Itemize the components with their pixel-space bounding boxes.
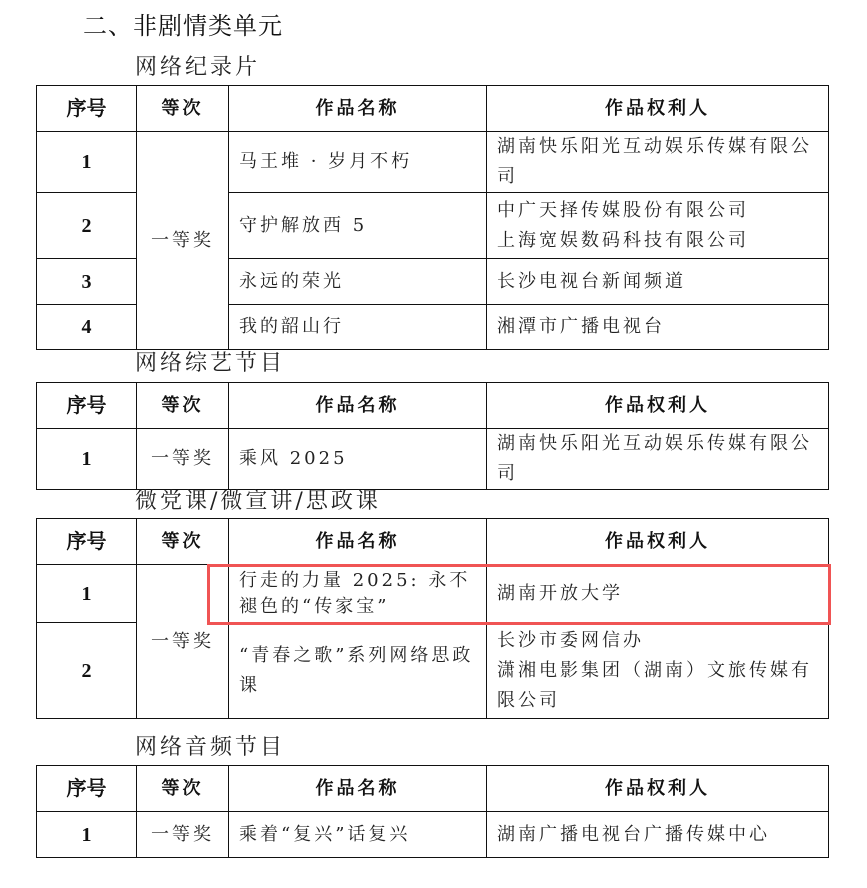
header-grade: 等次 <box>137 519 229 565</box>
owner-line: 湖南开放大学 <box>497 579 818 609</box>
header-no: 序号 <box>37 766 137 812</box>
header-title: 作品名称 <box>229 383 487 429</box>
row-owner: 湖南快乐阳光互动娱乐传媒有限公司 <box>487 429 829 490</box>
table-row: 1 一等奖 马王堆 · 岁月不朽 湖南快乐阳光互动娱乐传媒有限公司 <box>37 132 829 193</box>
owner-line: 长沙市委网信办 <box>497 626 818 656</box>
header-grade: 等次 <box>137 383 229 429</box>
table-row-highlighted: 1 一等奖 行走的力量 2025: 永不褪色的“传家宝” 湖南开放大学 <box>37 565 829 623</box>
table-variety: 序号 等次 作品名称 作品权利人 1 一等奖 乘风 2025 湖南快乐阳光互动娱… <box>36 382 829 490</box>
table-documentary: 序号 等次 作品名称 作品权利人 1 一等奖 马王堆 · 岁月不朽 湖南快乐阳光… <box>36 85 829 350</box>
row-no: 1 <box>37 812 137 858</box>
row-owner: 湖南广播电视台广播传媒中心 <box>487 812 829 858</box>
row-grade: 一等奖 <box>137 565 229 719</box>
owner-line: 湘潭市广播电视台 <box>497 312 818 342</box>
row-grade: 一等奖 <box>137 429 229 490</box>
owner-line: 潇湘电影集团（湖南）文旅传媒有限公司 <box>497 656 818 716</box>
row-owner: 湘潭市广播电视台 <box>487 305 829 350</box>
row-no: 1 <box>37 132 137 193</box>
header-owner: 作品权利人 <box>487 766 829 812</box>
category-title-audio: 网络音频节目 <box>135 730 285 761</box>
row-no: 3 <box>37 259 137 305</box>
owner-line: 上海宽娱数码科技有限公司 <box>497 226 818 256</box>
owner-line: 中广天择传媒股份有限公司 <box>497 196 818 226</box>
header-title: 作品名称 <box>229 766 487 812</box>
row-no: 2 <box>37 193 137 259</box>
header-owner: 作品权利人 <box>487 86 829 132</box>
owner-line: 湖南快乐阳光互动娱乐传媒有限公司 <box>497 132 818 192</box>
row-title: 乘着“复兴”话复兴 <box>229 812 487 858</box>
header-no: 序号 <box>37 519 137 565</box>
row-no: 1 <box>37 565 137 623</box>
category-title-micro-lecture: 微党课/微宣讲/思政课 <box>135 484 381 515</box>
row-title: 守护解放西 5 <box>229 193 487 259</box>
header-grade: 等次 <box>137 766 229 812</box>
table-audio: 序号 等次 作品名称 作品权利人 1 一等奖 乘着“复兴”话复兴 湖南广播电视台… <box>36 765 829 858</box>
header-owner: 作品权利人 <box>487 519 829 565</box>
header-no: 序号 <box>37 383 137 429</box>
owner-line: 湖南快乐阳光互动娱乐传媒有限公司 <box>497 429 818 489</box>
row-owner: 长沙电视台新闻频道 <box>487 259 829 305</box>
row-no: 2 <box>37 623 137 719</box>
row-no: 1 <box>37 429 137 490</box>
header-grade: 等次 <box>137 86 229 132</box>
table-header-row: 序号 等次 作品名称 作品权利人 <box>37 383 829 429</box>
table-header-row: 序号 等次 作品名称 作品权利人 <box>37 86 829 132</box>
header-no: 序号 <box>37 86 137 132</box>
category-title-documentary: 网络纪录片 <box>135 50 260 81</box>
row-title: “青春之歌”系列网络思政课 <box>229 623 487 719</box>
row-grade: 一等奖 <box>137 812 229 858</box>
row-owner: 湖南快乐阳光互动娱乐传媒有限公司 <box>487 132 829 193</box>
header-owner: 作品权利人 <box>487 383 829 429</box>
owner-line: 长沙电视台新闻频道 <box>497 267 818 297</box>
header-title: 作品名称 <box>229 86 487 132</box>
row-title: 马王堆 · 岁月不朽 <box>229 132 487 193</box>
table-header-row: 序号 等次 作品名称 作品权利人 <box>37 766 829 812</box>
header-title: 作品名称 <box>229 519 487 565</box>
table-micro-lecture: 序号 等次 作品名称 作品权利人 1 一等奖 行走的力量 2025: 永不褪色的… <box>36 518 829 719</box>
table-row: 1 一等奖 乘风 2025 湖南快乐阳光互动娱乐传媒有限公司 <box>37 429 829 490</box>
row-owner: 湖南开放大学 <box>487 565 829 623</box>
row-owner: 长沙市委网信办 潇湘电影集团（湖南）文旅传媒有限公司 <box>487 623 829 719</box>
row-title: 行走的力量 2025: 永不褪色的“传家宝” <box>229 565 487 623</box>
owner-line: 湖南广播电视台广播传媒中心 <box>497 820 818 850</box>
row-grade: 一等奖 <box>137 132 229 350</box>
row-title: 我的韶山行 <box>229 305 487 350</box>
category-title-variety: 网络综艺节目 <box>135 346 285 377</box>
table-row: 1 一等奖 乘着“复兴”话复兴 湖南广播电视台广播传媒中心 <box>37 812 829 858</box>
row-owner: 中广天择传媒股份有限公司 上海宽娱数码科技有限公司 <box>487 193 829 259</box>
row-no: 4 <box>37 305 137 350</box>
section-heading: 二、非剧情类单元 <box>83 6 283 41</box>
row-title: 永远的荣光 <box>229 259 487 305</box>
row-title: 乘风 2025 <box>229 429 487 490</box>
table-header-row: 序号 等次 作品名称 作品权利人 <box>37 519 829 565</box>
